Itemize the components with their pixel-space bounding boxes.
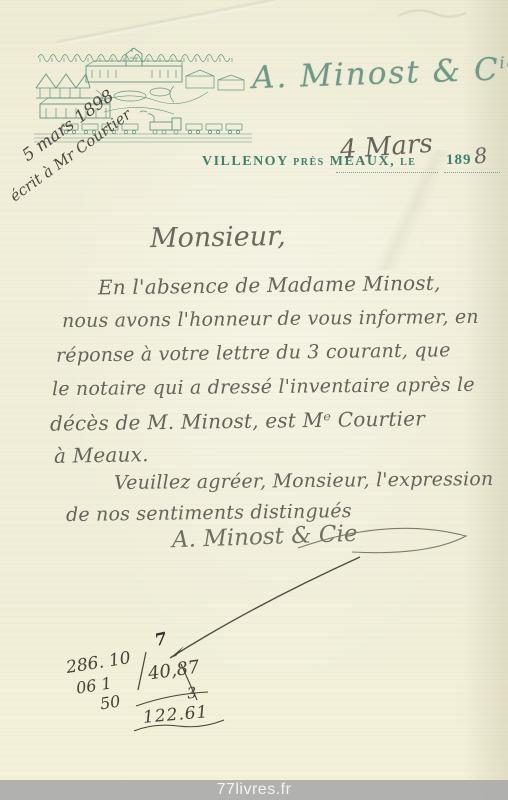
closing-line: Veuillez agréer, Monsieur, l'expression [114,468,494,494]
company-name-suffix: ie [499,53,508,73]
calc-total: 122.61 [142,702,209,728]
paper-crease-right [462,0,508,800]
handwritten-day-month: 4 Mars [339,129,434,165]
calc-dividend: 40,87 [147,657,201,685]
watermark-text: 77livres.fr [217,781,292,799]
body-line: En l'absence de Madame Minost, [98,271,441,300]
body-line: réponse à votre lettre du 3 courant, que [56,339,451,367]
body-line: à Meaux. [54,442,149,468]
salutation: Monsieur, [150,221,286,254]
handwritten-year-digit: 8 [473,143,489,168]
watermark-bar: 77livres.fr [0,780,508,800]
body-line: nous avons l'honneur de vous informer, e… [62,306,479,332]
letter-scan-page: A. Minost & Cie VILLENOY près MEAUX, le … [0,0,508,800]
company-name: A. Minost & Cie [251,52,492,96]
calc-divisor: 3 [186,683,198,702]
body-line: décès de M. Minost, est Mᵉ Courtier [50,406,425,435]
signature: A. Minost & Cie [172,521,358,553]
paper-crease-top [54,0,276,45]
year-underline [444,172,500,173]
body-line: le notaire qui a dressé l'inventaire apr… [52,374,475,400]
calc-left-3: 50 [99,692,122,714]
company-name-main: A. Minost & C [251,52,500,97]
calc-tick: 7 [153,629,169,651]
printed-year: 189 [446,152,472,169]
date-underline [336,172,438,173]
calc-left-1: 286. 10 [65,648,132,678]
